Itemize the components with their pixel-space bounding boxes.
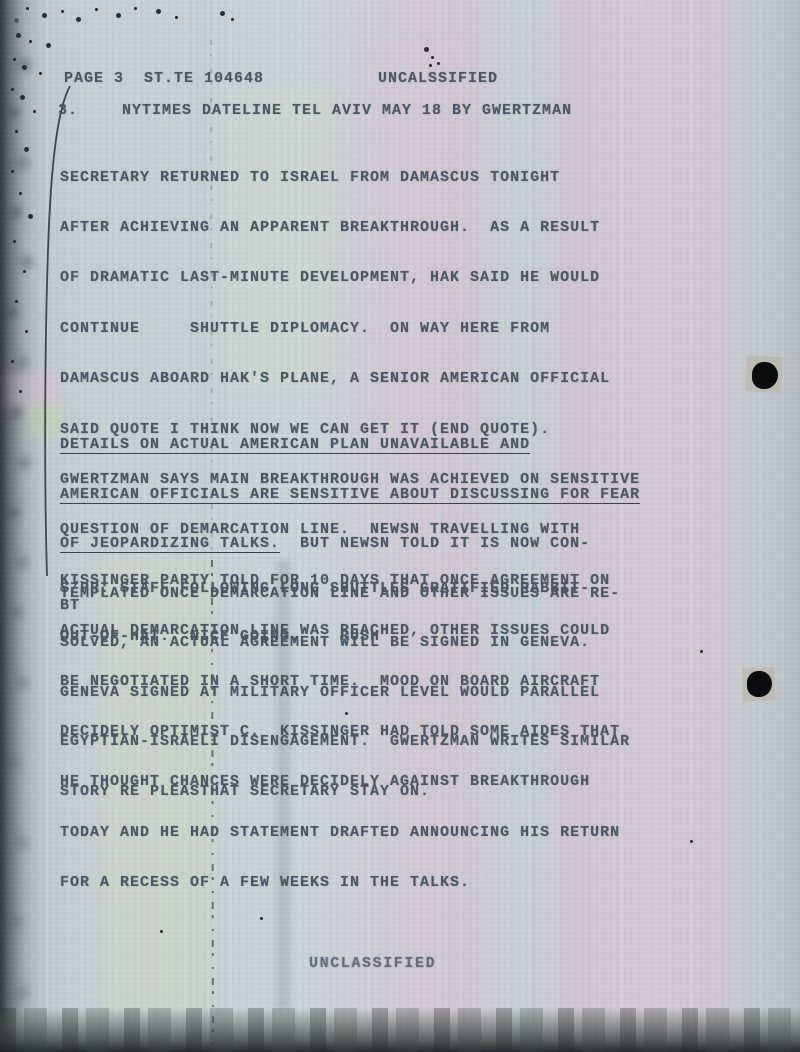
document-line: OUT-OF-HAT. NICE GOING. RUSH bbox=[60, 629, 590, 645]
footer-classification: UNCLASSIFIED bbox=[309, 956, 436, 973]
scan-tint-patch bbox=[28, 404, 62, 436]
underlined-text: AMERICAN OFFICIALS ARE SENSITIVE ABOUT D… bbox=[60, 486, 640, 504]
scan-edge-mottle bbox=[14, 18, 19, 23]
paragraph-3: S/PR: STAFF FOLLOWING LONG SHUTTLES GRAT… bbox=[60, 549, 590, 677]
underlined-text: DETAILS ON ACTUAL AMERICAN PLAN UNAVAILA… bbox=[60, 436, 530, 454]
item-title: NYTIMES DATELINE TEL AVIV MAY 18 BY GWER… bbox=[122, 103, 572, 120]
document-line-underlined: AMERICAN OFFICIALS ARE SENSITIVE ABOUT D… bbox=[60, 487, 640, 504]
item-number: 3. bbox=[58, 103, 78, 120]
scan-edge-bottom bbox=[0, 1008, 800, 1052]
scan-speckles bbox=[26, 7, 29, 10]
document-line: FOR A RECESS OF A FEW WEEKS IN THE TALKS… bbox=[60, 875, 640, 892]
document-line: AFTER ACHIEVING AN APPARENT BREAKTHROUGH… bbox=[60, 220, 640, 237]
document-line: EGYPTIAN-ISRAELI DISENGAGEMENT. GWERTZMA… bbox=[60, 734, 640, 751]
header-classification: UNCALSSIFIED bbox=[378, 71, 498, 88]
header-reference: ST.TE 104648 bbox=[144, 71, 264, 88]
header-page-label: PAGE 3 bbox=[64, 71, 124, 88]
telegram-page: PAGE 3 ST.TE 104648 UNCALSSIFIED 3. NYTI… bbox=[0, 0, 800, 1052]
document-line-underlined: DETAILS ON ACTUAL AMERICAN PLAN UNAVAILA… bbox=[60, 437, 640, 454]
document-line: SECRETARY RETURNED TO ISRAEL FROM DAMASC… bbox=[60, 170, 640, 187]
document-line: GENEVA SIGNED AT MILITARY OFFICER LEVEL … bbox=[60, 685, 640, 702]
document-line: S/PR: STAFF FOLLOWING LONG SHUTTLES GRAT… bbox=[60, 581, 590, 597]
document-line: DAMASCUS ABOARD HAK'S PLANE, A SENIOR AM… bbox=[60, 371, 640, 388]
scan-tint-patch bbox=[0, 372, 58, 408]
scan-edge-left bbox=[0, 0, 52, 1052]
signoff: BT bbox=[60, 598, 80, 615]
document-line: CONTINUE SHUTTLE DIPLOMACY. ON WAY HERE … bbox=[60, 321, 640, 338]
document-line: OF DRAMATIC LAST-MINUTE DEVELOPMENT, HAK… bbox=[60, 270, 640, 287]
document-line: STORY RE PLEASTHAT SECRETARY STAY ON. bbox=[60, 784, 640, 801]
